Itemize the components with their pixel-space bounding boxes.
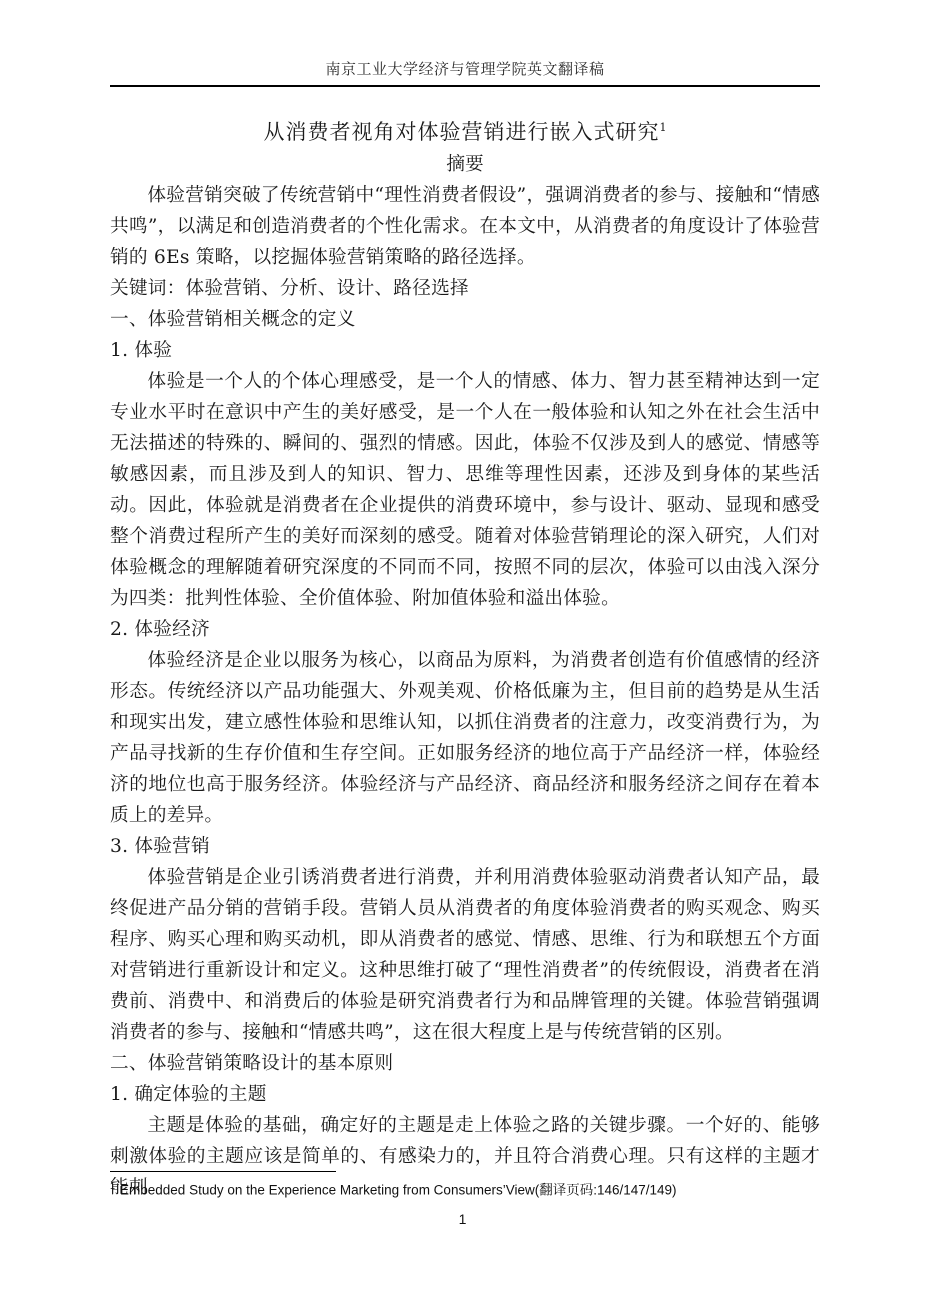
footnote-marker: 1 — [110, 1181, 115, 1191]
paragraph-experience-economy: 体验经济是企业以服务为核心，以商品为原料，为消费者创造有价值感情的经济形态。传统… — [110, 645, 820, 831]
page-content: 南京工业大学经济与管理学院英文翻译稿 从消费者视角对体验营销进行嵌入式研究1 摘… — [110, 0, 820, 1203]
paragraph-experience-marketing: 体验营销是企业引诱消费者进行消费，并利用消费体验驱动消费者认知产品，最终促进产品… — [110, 862, 820, 1048]
paragraph-experience: 体验是一个人的个体心理感受，是一个人的情感、体力、智力甚至精神达到一定专业水平时… — [110, 366, 820, 614]
footnote-area: 1Embedded Study on the Experience Market… — [110, 1171, 820, 1200]
abstract-paragraph: 体验营销突破了传统营销中“理性消费者假设”，强调消费者的参与、接触和“情感共鸣”… — [110, 180, 820, 273]
subheading-experience: 1. 体验 — [110, 335, 820, 366]
subheading-theme: 1. 确定体验的主题 — [110, 1079, 820, 1110]
running-header: 南京工业大学经济与管理学院英文翻译稿 — [110, 61, 820, 78]
section-heading-principles: 二、体验营销策略设计的基本原则 — [110, 1048, 820, 1079]
header-rule — [110, 85, 820, 87]
subheading-experience-economy: 2. 体验经济 — [110, 614, 820, 645]
subheading-experience-marketing: 3. 体验营销 — [110, 831, 820, 862]
footnote-text: Embedded Study on the Experience Marketi… — [120, 1183, 677, 1198]
footnote: 1Embedded Study on the Experience Market… — [110, 1177, 820, 1200]
document-title-text: 从消费者视角对体验营销进行嵌入式研究 — [264, 120, 660, 144]
abstract-heading: 摘要 — [110, 149, 820, 180]
document-page: 南京工业大学经济与管理学院英文翻译稿 从消费者视角对体验营销进行嵌入式研究1 摘… — [0, 0, 925, 1309]
page-number: 1 — [0, 1211, 925, 1227]
document-title: 从消费者视角对体验营销进行嵌入式研究1 — [110, 113, 820, 147]
title-footnote-ref: 1 — [660, 121, 667, 134]
keywords-line: 关键词：体验营销、分析、设计、路径选择 — [110, 273, 820, 304]
section-heading-definitions: 一、体验营销相关概念的定义 — [110, 304, 820, 335]
footnote-separator-rule — [110, 1171, 336, 1172]
running-header-text: 南京工业大学经济与管理学院英文翻译稿 — [325, 60, 604, 78]
